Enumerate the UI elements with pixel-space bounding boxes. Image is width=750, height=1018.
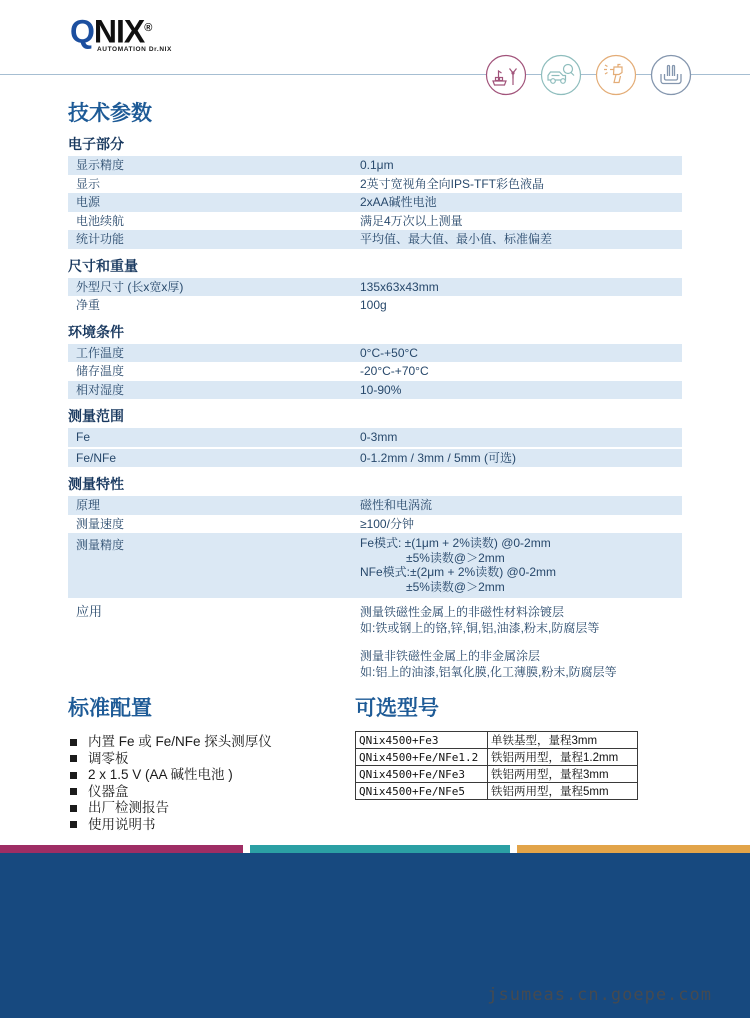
spec-row: 储存温度 -20°C-+70°C (68, 362, 682, 381)
spec-value: 100g (360, 296, 682, 315)
spec-row: 测量速度 ≥100/分钟 (68, 515, 682, 534)
spec-label: 储存温度 (68, 362, 360, 381)
spec-row: Fe 0-3mm (68, 428, 682, 447)
spec-value: ≥100/分钟 (360, 515, 682, 534)
spec-value: 磁性和电涡流 (360, 496, 682, 515)
section-heading: 测量特性 (68, 476, 682, 492)
registered-trademark-icon: ® (144, 22, 152, 34)
accent-bar-orange (517, 845, 750, 853)
accent-bar-teal (250, 845, 510, 853)
ship-windturbine-icon (485, 54, 527, 96)
model-description-cell: 铁铝两用型，量程3mm (488, 766, 638, 783)
spec-value: 平均值、最大值、最小值、标准偏差 (360, 230, 682, 249)
logo-subtitle: AUTOMATION Dr.NIX (97, 46, 172, 53)
optional-models: 可选型号 QNix4500+Fe3 单铁基型，量程3mm QNix4500+Fe… (355, 696, 682, 833)
model-cell: QNix4500+Fe3 (356, 732, 488, 749)
application-label: 应用 (68, 604, 360, 680)
application-line: 如:铝上的油漆,铝氧化膜,化工薄膜,粉末,防腐层等 (360, 664, 682, 680)
square-bullet-icon (70, 755, 77, 762)
spec-label: 电池续航 (68, 212, 360, 231)
list-item: 调零板 (68, 751, 355, 768)
section-heading: 环境条件 (68, 324, 682, 340)
optional-models-title: 可选型号 (355, 696, 682, 722)
spec-value: -20°C-+70°C (360, 362, 682, 381)
spec-value: 0°C-+50°C (360, 344, 682, 363)
accuracy-row: 测量精度 Fe模式: ±(1μm + 2%读数) @0-2mm ±5%读数@＞2… (68, 533, 682, 598)
list-item-text: 2 x 1.5 V (AA 碱性电池 ) (88, 767, 233, 784)
logo-wordmark: QNIX® (70, 11, 172, 49)
application-row: 应用 测量铁磁性金属上的非磁性材料涂镀层 如:铁或钢上的铬,锌,铜,铝,油漆,粉… (68, 604, 682, 680)
accent-bar-magenta (0, 845, 243, 853)
spec-value: 2英寸宽视角全向IPS-TFT彩色液晶 (360, 175, 682, 194)
list-item-text: 调零板 (88, 751, 129, 768)
spec-value: 2xAA碱性电池 (360, 193, 682, 212)
qnix-logo: QNIX® AUTOMATION Dr.NIX (70, 11, 172, 53)
spec-label: 统计功能 (68, 230, 360, 249)
spec-label: 净重 (68, 296, 360, 315)
spec-label: Fe (68, 428, 360, 447)
list-item-text: 出厂检测报告 (88, 800, 169, 817)
spec-row: 净重 100g (68, 296, 682, 315)
spec-label: Fe/NFe (68, 449, 360, 468)
application-line: 如:铁或钢上的铬,锌,铜,铝,油漆,粉末,防腐层等 (360, 620, 682, 636)
application-text: 测量铁磁性金属上的非磁性材料涂镀层 如:铁或钢上的铬,锌,铜,铝,油漆,粉末,防… (360, 604, 682, 680)
list-item: 2 x 1.5 V (AA 碱性电池 ) (68, 767, 355, 784)
square-bullet-icon (70, 772, 77, 779)
list-item-text: 使用说明书 (88, 817, 156, 834)
list-item: 出厂检测报告 (68, 800, 355, 817)
vehicle-inspection-icon (540, 54, 582, 96)
table-row: QNix4500+Fe/NFe1.2 铁铝两用型，量程1.2mm (356, 749, 638, 766)
spec-row: Fe/NFe 0-1.2mm / 3mm / 5mm (可选) (68, 447, 682, 468)
standard-config-title: 标准配置 (68, 696, 355, 722)
model-description-cell: 单铁基型，量程3mm (488, 732, 638, 749)
paragraph-gap (360, 636, 682, 648)
accent-bars (0, 845, 750, 853)
list-item-text: 仪器盒 (88, 784, 129, 801)
list-item: 内置 Fe 或 Fe/NFe 探头测厚仪 (68, 734, 355, 751)
list-item: 使用说明书 (68, 817, 355, 834)
optional-models-table: QNix4500+Fe3 单铁基型，量程3mm QNix4500+Fe/NFe1… (355, 731, 638, 800)
accuracy-line: NFe模式:±(2μm + 2%读数) @0-2mm (360, 565, 682, 580)
section-electronics: 电子部分 显示精度 0.1μm 显示 2英寸宽视角全向IPS-TFT彩色液晶 电… (68, 136, 682, 249)
spec-value: 0-1.2mm / 3mm / 5mm (可选) (360, 449, 682, 468)
table-row: QNix4500+Fe3 单铁基型，量程3mm (356, 732, 638, 749)
spec-row: 工作温度 0°C-+50°C (68, 344, 682, 363)
industry-icons (485, 54, 692, 96)
section-heading: 电子部分 (68, 136, 682, 152)
application-line: 测量非铁磁性金属上的非金属涂层 (360, 648, 682, 664)
accuracy-line: ±5%读数@＞2mm (360, 580, 682, 595)
section-measuring-range: 测量范围 Fe 0-3mm Fe/NFe 0-1.2mm / 3mm / 5mm… (68, 408, 682, 467)
spec-row: 相对湿度 10-90% (68, 381, 682, 400)
spec-row: 原理 磁性和电涡流 (68, 496, 682, 515)
spec-label: 显示 (68, 175, 360, 194)
page-title: 技术参数 (68, 101, 682, 127)
footer-block: jsumeas.cn.goepe.com (0, 853, 750, 1018)
table-row: QNix4500+Fe/NFe5 铁铝两用型，量程5mm (356, 783, 638, 800)
square-bullet-icon (70, 821, 77, 828)
spec-label: 工作温度 (68, 344, 360, 363)
section-measuring-characteristics: 测量特性 原理 磁性和电涡流 测量速度 ≥100/分钟 测量精度 Fe模式: ±… (68, 476, 682, 680)
standard-config-list: 内置 Fe 或 Fe/NFe 探头测厚仪 调零板 2 x 1.5 V (AA 碱… (68, 734, 355, 833)
spec-row: 外型尺寸 (长x宽x厚) 135x63x43mm (68, 278, 682, 297)
model-description-cell: 铁铝两用型，量程1.2mm (488, 749, 638, 766)
spec-value: 0.1μm (360, 156, 682, 175)
spec-label: 电源 (68, 193, 360, 212)
spec-row: 统计功能 平均值、最大值、最小值、标准偏差 (68, 230, 682, 249)
standard-configuration: 标准配置 内置 Fe 或 Fe/NFe 探头测厚仪 调零板 2 x 1.5 V … (68, 696, 355, 833)
accuracy-line: ±5%读数@＞2mm (360, 551, 682, 566)
square-bullet-icon (70, 805, 77, 812)
square-bullet-icon (70, 788, 77, 795)
spec-value: 0-3mm (360, 428, 682, 447)
accuracy-lines: Fe模式: ±(1μm + 2%读数) @0-2mm ±5%读数@＞2mm NF… (360, 536, 682, 594)
page-header: QNIX® AUTOMATION Dr.NIX (0, 0, 750, 75)
table-row: QNix4500+Fe/NFe3 铁铝两用型，量程3mm (356, 766, 638, 783)
spec-value: 10-90% (360, 381, 682, 400)
model-cell: QNix4500+Fe/NFe5 (356, 783, 488, 800)
logo-letter-q: Q (70, 14, 94, 50)
spec-row: 显示精度 0.1μm (68, 156, 682, 175)
spray-gun-icon (595, 54, 637, 96)
spec-label: 测量精度 (68, 536, 360, 594)
logo-letters-nix: NIX (94, 14, 144, 50)
section-dimensions: 尺寸和重量 外型尺寸 (长x宽x厚) 135x63x43mm 净重 100g (68, 258, 682, 315)
spec-label: 外型尺寸 (长x宽x厚) (68, 278, 360, 297)
spec-label: 相对湿度 (68, 381, 360, 400)
spec-row: 电池续航 满足4万次以上测量 (68, 212, 682, 231)
list-item: 仪器盒 (68, 784, 355, 801)
section-heading: 尺寸和重量 (68, 258, 682, 274)
spec-row: 显示 2英寸宽视角全向IPS-TFT彩色液晶 (68, 175, 682, 194)
application-line: 测量铁磁性金属上的非磁性材料涂镀层 (360, 604, 682, 620)
spec-label: 原理 (68, 496, 360, 515)
spec-value: 满足4万次以上测量 (360, 212, 682, 231)
spec-row: 电源 2xAA碱性电池 (68, 193, 682, 212)
square-bullet-icon (70, 739, 77, 746)
model-description-cell: 铁铝两用型，量程5mm (488, 783, 638, 800)
spec-content: 技术参数 电子部分 显示精度 0.1μm 显示 2英寸宽视角全向IPS-TFT彩… (0, 75, 750, 833)
model-cell: QNix4500+Fe/NFe3 (356, 766, 488, 783)
list-item-text: 内置 Fe 或 Fe/NFe 探头测厚仪 (88, 734, 272, 751)
section-heading: 测量范围 (68, 408, 682, 424)
bottom-columns: 标准配置 内置 Fe 或 Fe/NFe 探头测厚仪 调零板 2 x 1.5 V … (68, 696, 682, 833)
spec-label: 测量速度 (68, 515, 360, 534)
datasheet-page: QNIX® AUTOMATION Dr.NIX (0, 0, 750, 1018)
watermark-text: jsumeas.cn.goepe.com (487, 985, 712, 1005)
model-cell: QNix4500+Fe/NFe1.2 (356, 749, 488, 766)
accuracy-line: Fe模式: ±(1μm + 2%读数) @0-2mm (360, 536, 682, 551)
spec-value: 135x63x43mm (360, 278, 682, 297)
dip-coating-icon (650, 54, 692, 96)
section-environment: 环境条件 工作温度 0°C-+50°C 储存温度 -20°C-+70°C 相对湿… (68, 324, 682, 400)
spec-label: 显示精度 (68, 156, 360, 175)
